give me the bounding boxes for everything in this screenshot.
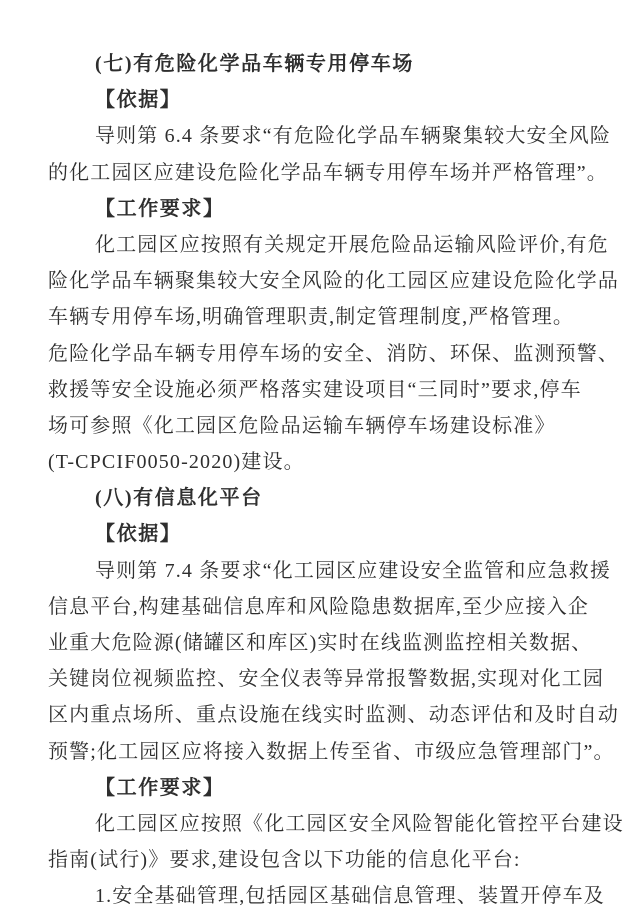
body-text-line: 导则第 7.4 条要求“化工园区应建设安全监管和应急救援 [48,553,602,589]
document-body: (七)有危险化学品车辆专用停车场【依据】导则第 6.4 条要求“有危险化学品车辆… [0,0,640,915]
section-heading: (八)有信息化平台 [48,480,602,516]
document-page: (七)有危险化学品车辆专用停车场【依据】导则第 6.4 条要求“有危险化学品车辆… [0,0,640,919]
section-heading: 【工作要求】 [48,770,602,806]
body-text-line: 车辆专用停车场,明确管理职责,制定管理制度,严格管理。 [48,299,602,335]
body-text-line: 化工园区应按照有关规定开展危险品运输风险评价,有危 [48,227,602,263]
section-heading: 【依据】 [48,516,602,552]
body-text-line: 1.安全基础管理,包括园区基础信息管理、装置开停车及 [48,878,602,914]
body-text-line: 预警;化工园区应将接入数据上传至省、市级应急管理部门”。 [48,734,602,770]
body-text-line: 危险化学品车辆专用停车场的安全、消防、环保、监测预警、 [48,336,602,372]
body-text-line: 指南(试行)》要求,建设包含以下功能的信息化平台: [48,842,602,878]
section-heading: (七)有危险化学品车辆专用停车场 [48,46,602,82]
body-text-line: 导则第 6.4 条要求“有危险化学品车辆聚集较大安全风险 [48,118,602,154]
body-text-line: 救援等安全设施必须严格落实建设项目“三同时”要求,停车 [48,372,602,408]
body-text-line: 的化工园区应建设危险化学品车辆专用停车场并严格管理”。 [48,155,602,191]
body-text-line: 信息平台,构建基础信息库和风险隐患数据库,至少应接入企 [48,589,602,625]
body-text-line: 场可参照《化工园区危险品运输车辆停车场建设标准》 [48,408,602,444]
body-text-line: (T-CPCIF0050-2020)建设。 [48,444,602,480]
body-text-line: 险化学品车辆聚集较大安全风险的化工园区应建设危险化学品 [48,263,602,299]
body-text-line: 业重大危险源(储罐区和库区)实时在线监测监控相关数据、 [48,625,602,661]
body-text-line: 关键岗位视频监控、安全仪表等异常报警数据,实现对化工园 [48,661,602,697]
body-text-line: 区内重点场所、重点设施在线实时监测、动态评估和及时自动 [48,697,602,733]
section-heading: 【依据】 [48,82,602,118]
body-text-line: 化工园区应按照《化工园区安全风险智能化管控平台建设 [48,806,602,842]
section-heading: 【工作要求】 [48,191,602,227]
